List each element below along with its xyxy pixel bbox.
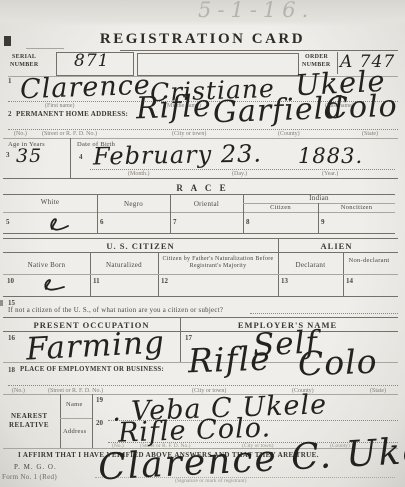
form-number-label: Form No. 1 (Red) xyxy=(2,473,57,481)
serial-number-value: 871 xyxy=(74,51,109,71)
home-address-label: PERMANENT HOME ADDRESS: xyxy=(16,110,128,118)
dob-month-day-value: February 23. xyxy=(93,140,262,171)
pmgo-label: P. M. G. O. xyxy=(14,463,57,471)
employment-baseline xyxy=(8,384,398,386)
white-check-mark xyxy=(46,215,70,232)
dob-sublabel-month: (Month.) xyxy=(128,171,150,177)
race-cell9-number: 9 xyxy=(321,218,325,226)
home-state-value: Colo xyxy=(324,89,398,127)
pencil-annotation: 5-1-16. xyxy=(198,0,314,22)
occupation-employer-divider xyxy=(180,317,181,363)
home-city-value: Rifle xyxy=(135,89,212,127)
age-dob-divider xyxy=(70,138,71,178)
dob-sublabel-day: (Day.) xyxy=(232,171,247,177)
registration-card-scan: 5-1-16. REGISTRATION CARD SERIAL NUMBER … xyxy=(0,0,405,487)
race-table-mid xyxy=(3,212,395,213)
address-baseline xyxy=(8,128,398,130)
line2-number: 2 xyxy=(8,110,12,118)
rule xyxy=(3,317,398,318)
rule xyxy=(3,274,398,275)
declarant-label: Declarant xyxy=(278,261,343,269)
address-sublabel-city: (City or town) xyxy=(172,131,206,137)
title-underline xyxy=(120,50,398,51)
relative-box-line xyxy=(60,394,61,448)
address-sublabel-state: (State) xyxy=(362,131,378,137)
address-sublabel-street: (Street or R. F. D. No.) xyxy=(42,131,97,137)
race-indian-label: Indian xyxy=(243,194,395,202)
line19-number: 19 xyxy=(96,396,103,404)
citizen-by-father-label: Citizen by Father's Naturalization Befor… xyxy=(161,256,275,270)
address-sublabel-county: (County) xyxy=(278,131,300,137)
address-sublabel-no: (No.) xyxy=(14,131,27,137)
rule xyxy=(3,138,398,139)
line15-answer-line xyxy=(250,312,398,314)
race-oriental-label: Oriental xyxy=(170,200,243,208)
citizen-cell12-number: 12 xyxy=(161,277,168,285)
naturalized-label: Naturalized xyxy=(90,261,158,269)
page-title: REGISTRATION CARD xyxy=(0,31,405,48)
line1-number: 1 xyxy=(8,77,12,85)
relative-name-label: Name xyxy=(66,401,83,408)
age-value: 35 xyxy=(16,145,42,167)
non-declarant-label: Non-declarant xyxy=(345,257,393,264)
dob-sublabel-year: (Year.) xyxy=(322,171,338,177)
citizen-cell14-number: 14 xyxy=(346,277,353,285)
race-table-bottom xyxy=(3,233,395,234)
race-indian-noncitizen-label: Noncitizen xyxy=(318,204,395,211)
rule xyxy=(3,296,398,297)
nearest-relative-label-line1: NEAREST xyxy=(11,412,48,420)
race-white-label: White xyxy=(3,198,97,206)
rule xyxy=(3,252,398,253)
line15-question: If not a citizen of the U. S., of what n… xyxy=(8,307,223,314)
serial-label-line1: SERIAL xyxy=(12,54,36,60)
rule xyxy=(3,178,398,179)
order-label-line1: ORDER xyxy=(305,54,328,60)
line18-number: 18 xyxy=(8,366,15,374)
serial-label-line2: NUMBER xyxy=(10,62,38,68)
race-cell8-number: 8 xyxy=(246,218,250,226)
alien-header: ALIEN xyxy=(278,241,395,251)
race-cell7-number: 7 xyxy=(173,218,177,226)
race-negro-label: Negro xyxy=(97,200,170,208)
us-citizen-header: U. S. CITIZEN xyxy=(3,241,278,251)
empty-box xyxy=(137,53,299,76)
citizen-cell10-number: 10 xyxy=(7,277,14,285)
relative-box-mid-line xyxy=(60,418,92,419)
scan-artifact xyxy=(0,300,3,306)
age-number: 3 xyxy=(6,151,10,159)
rule-fragment xyxy=(26,48,64,49)
employment-state-value: Colo xyxy=(297,342,378,384)
race-indian-citizen-label: Citizen xyxy=(243,204,318,211)
employment-city-value: Rifle xyxy=(187,339,271,381)
relative-address-label: Address xyxy=(63,428,86,435)
dob-year-value: 1883. xyxy=(298,144,363,168)
dob-number: 4 xyxy=(79,153,83,161)
first-name-value: Clarence xyxy=(19,70,151,106)
rule xyxy=(3,238,398,239)
employment-place-label: PLACE OF EMPLOYMENT OR BUSINESS: xyxy=(20,366,164,373)
citizen-cell13-number: 13 xyxy=(281,277,288,285)
relative-box-line xyxy=(92,394,93,448)
occupation-value: Farming xyxy=(25,324,166,367)
race-cell6-number: 6 xyxy=(100,218,104,226)
native-born-label: Native Born xyxy=(3,261,90,269)
citizen-cell11-number: 11 xyxy=(93,277,100,285)
line15-number: 15 xyxy=(8,299,15,307)
line20-number: 20 xyxy=(96,419,103,427)
race-header: R A C E xyxy=(0,183,405,193)
native-born-check-mark xyxy=(40,276,66,293)
nearest-relative-label-line2: RELATIVE xyxy=(9,421,49,429)
race-cell5-number: 5 xyxy=(6,218,10,226)
line16-number: 16 xyxy=(8,334,15,342)
